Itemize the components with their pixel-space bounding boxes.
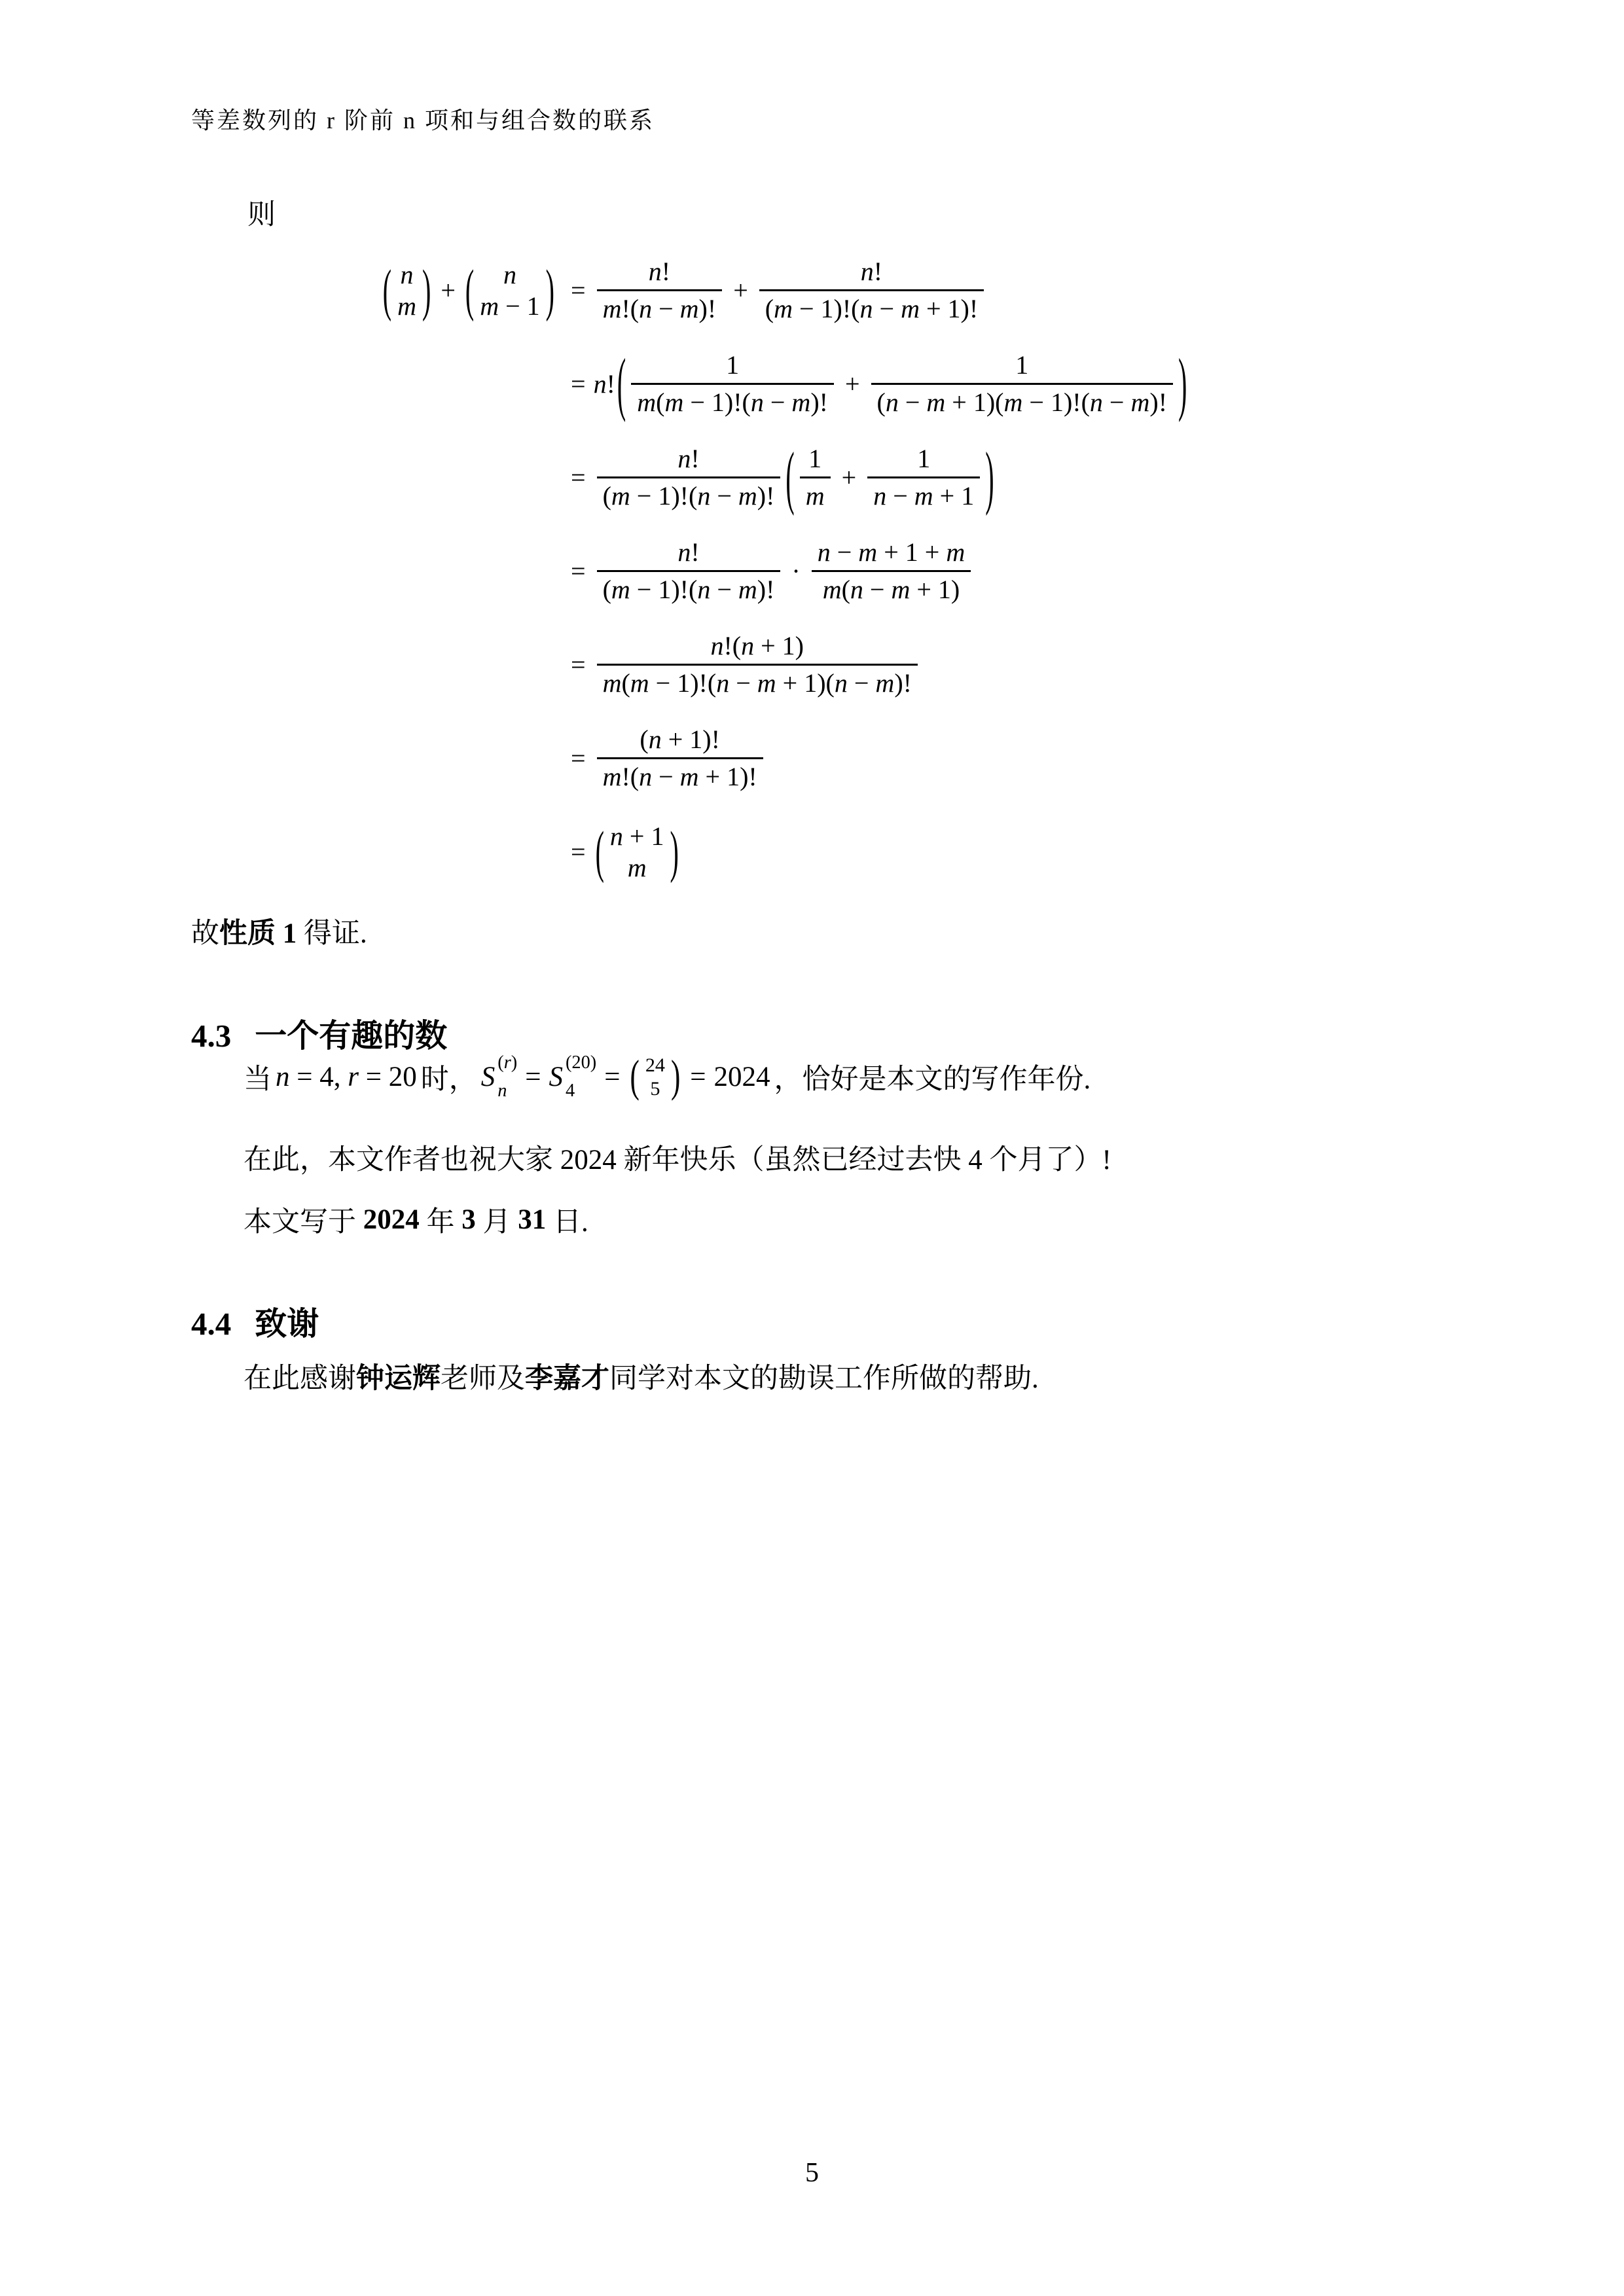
paren-group: (1m+1n − m + 1): [784, 442, 996, 513]
fraction-numerator: n!: [855, 255, 888, 289]
math-run: + 1): [910, 573, 960, 607]
math-run: n: [861, 255, 874, 289]
math-operator: =: [571, 836, 586, 867]
equation-rhs: =n!(m − 1)!(n − m)!(1m+1n − m + 1): [556, 442, 996, 513]
paren-content: 1m+1n − m + 1: [797, 442, 983, 513]
fraction-denominator: m(m − 1)!(n − m + 1)(n − m)!: [597, 666, 918, 700]
math-operator: =: [571, 556, 586, 586]
math-run: n: [503, 259, 516, 291]
equation-row: =(n + 1m): [295, 805, 1189, 899]
fraction-numerator: 1: [1009, 348, 1034, 382]
math-run: m: [791, 386, 810, 420]
math-run: (m − 1)!(n − m + 1)!: [765, 292, 978, 326]
math-run: = 20: [359, 1061, 417, 1093]
script-column: (r)n: [497, 1052, 517, 1101]
fraction-bar: [812, 570, 971, 572]
fraction-denominator: m: [800, 479, 831, 513]
math-run: 5: [650, 1077, 660, 1100]
math-operator: +: [733, 275, 748, 306]
paragraph-new-year-wish: 在此，本文作者也祝大家 2024 新年快乐（虽然已经过去快 4 个月了）!: [244, 1138, 1111, 1177]
text-segment: 本文写于: [244, 1200, 363, 1240]
text-segment: ，恰好是本文的写作年份.: [774, 1057, 1091, 1097]
fraction-denominator: m(m − 1)!(n − m)!: [631, 386, 834, 420]
fraction: 1m: [800, 442, 831, 513]
equation-rhs: =(n + 1m): [556, 821, 681, 884]
equation-row: =n!(1m(m − 1)!(n − m)!+1(n − m + 1)(m − …: [295, 337, 1189, 431]
math-run: m(n − m + 1): [823, 573, 960, 607]
fraction-numerator: 1: [720, 348, 745, 382]
fraction-bar: [597, 757, 763, 759]
text-segment: 3: [461, 1204, 476, 1236]
binomial-stack: nm − 1: [476, 259, 543, 322]
math-run: −: [764, 386, 792, 420]
math-run: m: [738, 479, 757, 513]
fraction-denominator: (m − 1)!(n − m)!: [597, 573, 781, 607]
math-run: 5: [650, 1077, 660, 1100]
text-segment: 年: [420, 1200, 462, 1240]
right-paren-icon: ): [422, 262, 431, 319]
math-run: m: [757, 666, 776, 700]
right-paren-icon: ): [671, 1054, 680, 1100]
fraction-bar: [597, 664, 918, 666]
math-run: n: [860, 292, 873, 326]
text-segment: 得证.: [297, 911, 367, 951]
math-run: n: [677, 535, 691, 569]
math-run: n!(n + 1): [710, 629, 804, 663]
math-run: n − m + 1 + m: [818, 535, 965, 569]
section-number: 4.3: [191, 1017, 231, 1054]
left-paren-icon: (: [465, 262, 474, 319]
small-math: 245: [641, 1053, 669, 1100]
math-run: m: [480, 291, 499, 322]
math-run: (: [621, 666, 630, 700]
math-run: 1: [1015, 348, 1028, 382]
math-run: + 1)!: [920, 292, 978, 326]
math-run: n!: [677, 442, 699, 476]
text-segment: 李嘉才: [525, 1356, 609, 1396]
paren-group: (nm − 1): [463, 259, 556, 322]
math-run: m: [823, 573, 842, 607]
math-run: m: [628, 852, 647, 884]
math-run: !: [607, 368, 615, 399]
section-number: 4.4: [191, 1305, 231, 1342]
math-run: m: [774, 292, 793, 326]
math-run: 1: [726, 348, 739, 382]
script-column: (20)4: [566, 1052, 596, 1101]
subscript: n: [497, 1081, 507, 1101]
math-run: 1: [808, 442, 821, 476]
superscript: (20): [566, 1052, 596, 1073]
equation-row: =n!(n + 1)m(m − 1)!(n − m + 1)(n − m)!: [295, 618, 1189, 711]
math-operator: =: [571, 743, 586, 774]
math-run: + 1)(: [776, 666, 835, 700]
paren-group: (n + 1m): [594, 821, 681, 884]
paragraph-acknowledgement: 在此感谢钟运辉老师及李嘉才同学对本文的勘误工作所做的帮助.: [244, 1356, 1039, 1396]
math-run: (: [603, 573, 611, 607]
math-run: m: [611, 573, 630, 607]
math-run: )!: [1149, 386, 1167, 420]
fraction-denominator: m!(n − m)!: [597, 292, 723, 326]
left-paren-icon: (: [596, 823, 604, 881]
math-run: − 1)!(: [649, 666, 717, 700]
paren-content: 1m(m − 1)!(n − m)!+1(n − m + 1)(m − 1)!(…: [628, 348, 1176, 420]
text-segment: 在此，本文作者也祝大家 2024 新年快乐（虽然已经过去快 4 个月了）!: [244, 1138, 1111, 1177]
subscript: 4: [566, 1081, 575, 1101]
math-run: −: [652, 292, 680, 326]
section-heading-4-3: 4.3 一个有趣的数: [191, 1011, 447, 1056]
text-segment: 时，: [421, 1057, 477, 1097]
equation-lhs: (nm)+(nm − 1): [295, 259, 556, 322]
math-run: n: [710, 629, 723, 663]
paren-content: n + 1m: [606, 821, 668, 884]
math-run: n: [594, 368, 607, 399]
page-number: 5: [0, 2157, 1624, 2189]
math-run: m: [628, 852, 647, 884]
math-run: + 1: [933, 479, 975, 513]
scripted-symbol: S(20)4: [549, 1052, 596, 1101]
text-segment: 月: [476, 1200, 518, 1240]
math-run: n: [497, 1081, 507, 1101]
equation-rhs: =n!(m − 1)!(n − m)!·n − m + 1 + mm(n − m…: [556, 535, 974, 607]
section-title: 一个有趣的数: [255, 1011, 447, 1056]
math-run: − 1)!(: [630, 479, 698, 513]
math-run: 2024: [714, 1061, 770, 1093]
math-run: n!: [594, 368, 615, 399]
math-run: m: [946, 535, 965, 569]
math-run: − 1)!(: [630, 573, 698, 607]
running-head: 等差数列的 r 阶前 n 项和与组合数的联系: [191, 102, 655, 135]
fraction: 1(n − m + 1)(m − 1)!(n − m)!: [871, 348, 1174, 420]
math-run: !(: [723, 629, 741, 663]
math-run: −: [863, 573, 892, 607]
stack-bottom: m: [397, 291, 416, 322]
fraction-denominator: n − m + 1: [867, 479, 980, 513]
fraction: n!(m − 1)!(n − m)!: [597, 535, 781, 607]
math-run: −: [831, 535, 859, 569]
text-segment: 性质 1: [219, 911, 297, 951]
fraction-bar: [597, 570, 781, 572]
math-operator: =: [571, 275, 586, 306]
math-run: !: [662, 255, 670, 289]
fraction-denominator: (m − 1)!(n − m)!: [597, 479, 781, 513]
document-page: 等差数列的 r 阶前 n 项和与组合数的联系 则 (nm)+(nm − 1)=n…: [0, 0, 1624, 2296]
math-run: m: [603, 666, 622, 700]
math-run: −: [710, 479, 738, 513]
math-run: n − m + 1: [873, 479, 974, 513]
section-title: 致谢: [255, 1299, 319, 1344]
equation-row: =n!(m − 1)!(n − m)!(1m+1n − m + 1): [295, 431, 1189, 524]
equation-rhs: =n!m!(n − m)!+n!(m − 1)!(n − m + 1)!: [556, 255, 987, 326]
math-run: (: [603, 479, 611, 513]
math-run: n: [639, 760, 652, 794]
math-run: m: [738, 573, 757, 607]
binomial-stack: nm: [393, 259, 420, 322]
math-run: 1: [917, 442, 930, 476]
math-run: !(: [621, 760, 639, 794]
math-run: + 1)(: [945, 386, 1003, 420]
math-run: n: [697, 573, 710, 607]
paren-content: nm − 1: [476, 259, 543, 322]
math-run: + 1): [754, 629, 804, 663]
text-segment: 在此感谢: [244, 1356, 356, 1396]
fraction-bar: [871, 383, 1174, 385]
math-run: n: [401, 259, 414, 291]
math-run: (n − m + 1)(m − 1)!(n − m)!: [877, 386, 1168, 420]
fraction-bar: [631, 383, 834, 385]
paren-content: 245: [641, 1053, 669, 1100]
binomial-stack: 245: [641, 1053, 669, 1100]
math-run: n: [697, 479, 710, 513]
math-run: !: [874, 255, 882, 289]
math-run: r: [504, 1052, 511, 1073]
math-run: n: [741, 629, 754, 663]
math-run: m: [664, 386, 683, 420]
paragraph-written-date: 本文写于 2024 年 3 月 31 日.: [244, 1200, 588, 1240]
fraction: 1m(m − 1)!(n − m)!: [631, 348, 834, 420]
math-run: + 1)!: [662, 723, 720, 757]
fraction-bar: [597, 476, 781, 478]
stack-bottom: m: [628, 852, 647, 884]
fraction: (n + 1)!m!(n − m + 1)!: [597, 723, 763, 794]
math-run: n: [1090, 386, 1103, 420]
math-run: (20): [566, 1052, 596, 1073]
right-paren-icon: ): [670, 823, 678, 881]
paren-group: (245): [628, 1053, 683, 1100]
fraction-denominator: m(n − m + 1): [817, 573, 966, 607]
math-run: n: [818, 535, 831, 569]
math-run: (m − 1)!(n − m)!: [603, 479, 775, 513]
fraction: n − m + 1 + mm(n − m + 1): [812, 535, 971, 607]
fraction-denominator: m!(n − m + 1)!: [597, 760, 763, 794]
math-run: 1: [808, 442, 821, 476]
superscript: (r): [497, 1052, 517, 1073]
math-run: m: [914, 479, 933, 513]
math-run: m: [875, 666, 894, 700]
text-segment: 当: [244, 1057, 272, 1097]
math-run: −: [1103, 386, 1131, 420]
math-run: − 1: [499, 291, 540, 322]
math-run: = 4,: [290, 1061, 348, 1093]
math-run: n: [610, 821, 623, 852]
math-run: m: [891, 573, 910, 607]
math-run: 1: [726, 348, 739, 382]
stack-top: n: [401, 259, 414, 291]
left-paren-icon: (: [617, 349, 626, 420]
math-run: )!: [894, 666, 912, 700]
math-run: n: [751, 386, 764, 420]
math-run: n: [716, 666, 729, 700]
fraction-numerator: n!: [643, 255, 676, 289]
math-run: (: [656, 386, 664, 420]
math-run: m: [397, 291, 416, 322]
inline-math: S(r)n=S(20)4=(245)=2024: [481, 1052, 770, 1101]
math-operator: =: [690, 1061, 706, 1093]
inline-math: n = 4, r = 20: [276, 1061, 417, 1093]
fraction-bar: [759, 289, 984, 291]
math-run: n: [677, 442, 691, 476]
math-operator: +: [441, 275, 456, 306]
proof-conclusion: 故性质 1 得证.: [191, 911, 367, 951]
left-paren-icon: (: [785, 442, 794, 513]
equation-row: (nm)+(nm − 1)=n!m!(n − m)!+n!(m − 1)!(n …: [295, 243, 1189, 337]
fraction-numerator: n!(n + 1): [704, 629, 810, 663]
fraction-numerator: n!: [672, 442, 705, 476]
fraction-bar: [867, 476, 980, 478]
fraction-numerator: 1: [803, 442, 827, 476]
math-run: n + 1: [610, 821, 664, 852]
text-segment: 老师及: [441, 1356, 525, 1396]
paren-group: (1m(m − 1)!(n − m)!+1(n − m + 1)(m − 1)!…: [615, 348, 1189, 420]
text-segment: 日.: [546, 1200, 588, 1240]
math-run: m: [806, 479, 825, 513]
math-run: (n + 1)!: [640, 723, 720, 757]
math-run: n: [503, 259, 516, 291]
math-run: n: [850, 573, 863, 607]
right-paren-icon: ): [1178, 349, 1187, 420]
fraction-numerator: 1: [911, 442, 936, 476]
math-run: n!: [677, 535, 699, 569]
math-run: m: [858, 535, 877, 569]
math-run: !(: [621, 292, 639, 326]
math-run: m − 1: [480, 291, 539, 322]
scripted-symbol: S(r)n: [481, 1052, 517, 1101]
math-run: (: [497, 1052, 503, 1073]
paren-content: nm: [393, 259, 420, 322]
stack-bottom: 5: [650, 1077, 660, 1100]
math-run: 1: [917, 442, 930, 476]
math-run: r: [348, 1061, 359, 1093]
text-segment: 31: [518, 1204, 546, 1236]
text-segment: 同学对本文的勘误工作所做的帮助.: [609, 1356, 1039, 1396]
math-run: − 1)!(: [683, 386, 751, 420]
math-operator: =: [571, 462, 586, 493]
math-run: m: [603, 292, 622, 326]
math-run: m!(n − m)!: [603, 292, 717, 326]
math-run: n: [401, 259, 414, 291]
math-run: )!: [699, 292, 717, 326]
math-run: !: [691, 442, 699, 476]
math-operator: =: [604, 1061, 620, 1093]
text-segment: 故: [191, 911, 219, 951]
fraction-numerator: (n + 1)!: [634, 723, 726, 757]
fraction: n!(m − 1)!(n − m + 1)!: [759, 255, 984, 326]
math-run: )!: [757, 573, 775, 607]
fraction-bar: [800, 476, 831, 478]
math-run: − 1)!(: [1022, 386, 1090, 420]
math-run: n: [649, 723, 662, 757]
equation-row: =n!(m − 1)!(n − m)!·n − m + 1 + mm(n − m…: [295, 524, 1189, 618]
binomial-stack: n + 1m: [606, 821, 668, 884]
section-heading-4-4: 4.4 致谢: [191, 1299, 319, 1344]
fraction: 1n − m + 1: [867, 442, 980, 513]
right-paren-icon: ): [546, 262, 554, 319]
math-run: ): [511, 1052, 517, 1073]
fraction-denominator: (m − 1)!(n − m + 1)!: [759, 292, 984, 326]
paragraph-interesting-number: 当n = 4, r = 20时，S(r)n=S(20)4=(245)=2024，…: [244, 1052, 1091, 1101]
math-run: n: [873, 479, 886, 513]
paren-group: (nm): [381, 259, 433, 322]
text-segment: 钟运辉: [356, 1356, 441, 1396]
math-run: n: [835, 666, 848, 700]
math-operator: =: [525, 1061, 541, 1093]
math-run: n: [886, 386, 899, 420]
math-run: − 1)!(: [793, 292, 860, 326]
math-run: )!: [810, 386, 828, 420]
math-run: −: [729, 666, 757, 700]
script-base: S: [549, 1061, 563, 1093]
math-run: −: [899, 386, 927, 420]
math-run: m(m − 1)!(n − m)!: [637, 386, 828, 420]
math-run: m!(n − m + 1)!: [603, 760, 757, 794]
math-run: −: [848, 666, 876, 700]
math-run: −: [652, 760, 680, 794]
math-run: n = 4, r = 20: [276, 1061, 417, 1093]
math-run: −: [873, 292, 901, 326]
left-paren-icon: (: [383, 262, 391, 319]
math-run: n: [639, 292, 652, 326]
math-run: n!: [649, 255, 670, 289]
math-operator: =: [571, 368, 586, 399]
math-run: (m − 1)!(n − m)!: [603, 573, 775, 607]
math-run: m: [630, 666, 649, 700]
stack-bottom: m − 1: [480, 291, 539, 322]
math-run: m: [1130, 386, 1149, 420]
stack-top: 24: [645, 1053, 665, 1077]
equation-row: =(n + 1)!m!(n − m + 1)!: [295, 711, 1189, 805]
math-run: !: [691, 535, 699, 569]
math-run: 24: [645, 1053, 665, 1077]
fraction: n!m!(n − m)!: [597, 255, 723, 326]
math-run: m: [603, 760, 622, 794]
fraction-bar: [597, 289, 723, 291]
math-run: (: [842, 573, 850, 607]
math-run: m(m − 1)!(n − m + 1)(n − m)!: [603, 666, 912, 700]
math-run: m: [806, 479, 825, 513]
math-run: 24: [645, 1053, 665, 1077]
math-run: n!: [861, 255, 882, 289]
fraction: n!(m − 1)!(n − m)!: [597, 442, 781, 513]
fraction-numerator: n − m + 1 + m: [812, 535, 971, 569]
math-operator: =: [571, 649, 586, 680]
text-segment: 2024: [363, 1204, 420, 1236]
math-run: m: [680, 292, 699, 326]
fraction: n!(n + 1)m(m − 1)!(n − m + 1)(n − m)!: [597, 629, 918, 700]
math-operator: ·: [791, 556, 800, 586]
then-label: 则: [247, 192, 276, 232]
math-run: m: [1004, 386, 1023, 420]
math-run: + 1)!: [699, 760, 757, 794]
fraction-denominator: (n − m + 1)(m − 1)!(n − m)!: [871, 386, 1174, 420]
math-run: m: [611, 479, 630, 513]
math-run: n: [276, 1061, 290, 1093]
math-run: 1: [1015, 348, 1028, 382]
math-run: (: [640, 723, 648, 757]
math-run: n: [649, 255, 662, 289]
math-run: )!: [757, 479, 775, 513]
math-run: −: [886, 479, 914, 513]
math-run: 2024: [714, 1061, 770, 1093]
math-run: (: [765, 292, 774, 326]
equation-rhs: =n!(1m(m − 1)!(n − m)!+1(n − m + 1)(m − …: [556, 348, 1189, 420]
left-paren-icon: (: [630, 1054, 640, 1100]
fraction-numerator: n!: [672, 535, 705, 569]
math-run: + 1: [623, 821, 664, 852]
math-run: (: [877, 386, 886, 420]
math-run: m: [901, 292, 920, 326]
math-run: m: [637, 386, 656, 420]
equation-block: (nm)+(nm − 1)=n!m!(n − m)!+n!(m − 1)!(n …: [295, 243, 1189, 899]
stack-top: n + 1: [610, 821, 664, 852]
